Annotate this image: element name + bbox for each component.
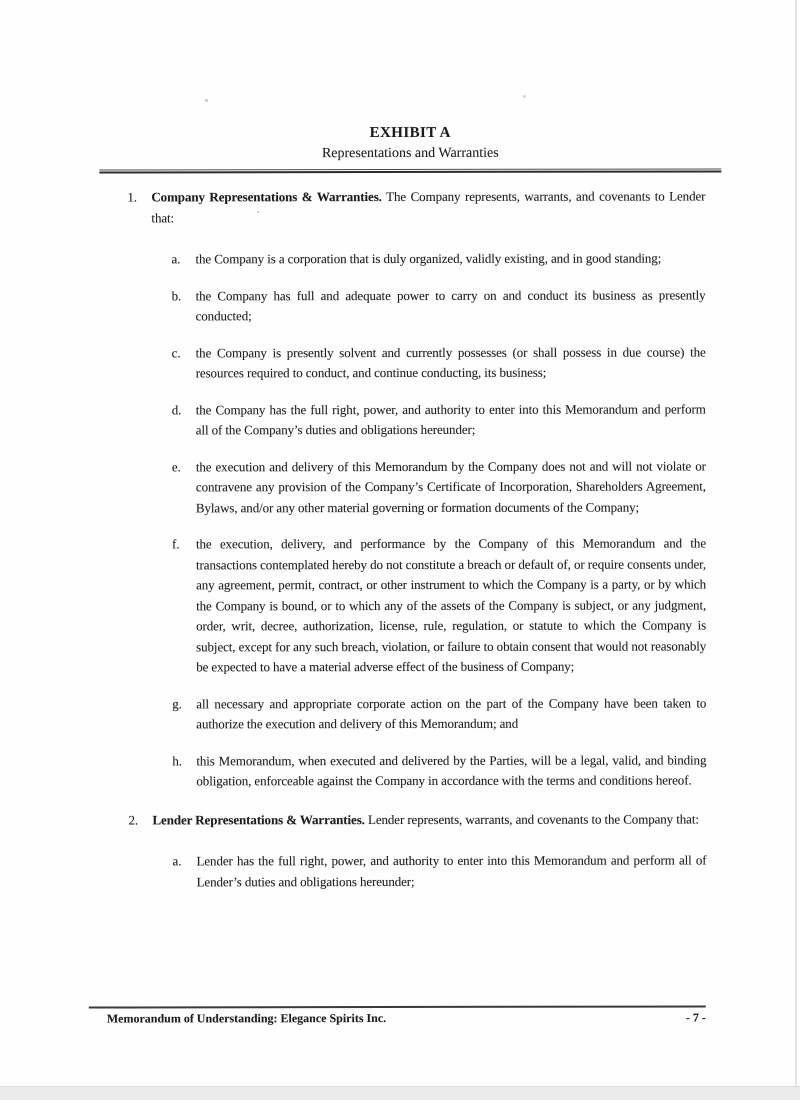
- page-number: - 7 -: [686, 1010, 706, 1025]
- item-label: g.: [172, 694, 196, 715]
- item-label: a.: [173, 851, 197, 872]
- item-text: the Company is presently solvent and cur…: [196, 342, 706, 384]
- item-label: b.: [172, 286, 196, 307]
- item-text: the Company has full and adequate power …: [196, 285, 706, 327]
- item-text: the Company has the full right, power, a…: [196, 399, 706, 441]
- section-heading: Lender Representations & Warranties.: [152, 812, 364, 827]
- item-label: c.: [172, 343, 196, 364]
- list-item: b. the Company has full and adequate pow…: [172, 285, 706, 327]
- page-content: EXHIBIT A Representations and Warranties…: [0, 0, 800, 1100]
- item-text: all necessary and appropriate corporate …: [196, 693, 706, 735]
- list-item: d. the Company has the full right, power…: [172, 399, 706, 441]
- item-label: e.: [172, 457, 196, 478]
- section-number: 1.: [127, 187, 151, 208]
- document-body: 1. Company Representations & Warranties.…: [104, 186, 706, 892]
- list-item: c. the Company is presently solvent and …: [172, 342, 706, 384]
- section-heading: Company Representations & Warranties.: [151, 189, 381, 204]
- section-company-reps: 1. Company Representations & Warranties.…: [104, 186, 706, 792]
- item-text: Lender has the full right, power, and au…: [197, 850, 707, 892]
- section-number: 2.: [128, 810, 152, 831]
- exhibit-title: EXHIBIT A: [99, 123, 721, 143]
- item-label: f.: [172, 534, 196, 555]
- list-item: h. this Memorandum, when executed and de…: [172, 750, 706, 792]
- section-lender-reps: 2. Lender Representations & Warranties. …: [105, 809, 706, 893]
- item-text: the Company is a corporation that is dul…: [195, 248, 705, 269]
- list-item: a. the Company is a corporation that is …: [171, 248, 705, 269]
- list-item: f. the execution, delivery, and performa…: [172, 533, 706, 677]
- header-rule: [99, 168, 721, 173]
- section-lead: Lender Representations & Warranties. Len…: [152, 809, 706, 830]
- section-items: a. Lender has the full right, power, and…: [173, 850, 707, 892]
- scan-page-edge-bottom: [0, 1086, 800, 1100]
- footer-rule: [89, 1005, 706, 1008]
- section-intro: Lender represents, warrants, and covenan…: [365, 811, 699, 827]
- exhibit-subtitle: Representations and Warranties: [99, 142, 721, 164]
- list-item: a. Lender has the full right, power, and…: [173, 850, 707, 892]
- page-footer: Memorandum of Understanding: Elegance Sp…: [107, 1010, 706, 1026]
- section-items: a. the Company is a corporation that is …: [171, 248, 706, 791]
- list-item: e. the execution and delivery of this Me…: [172, 456, 706, 518]
- item-label: d.: [172, 400, 196, 421]
- exhibit-header: EXHIBIT A Representations and Warranties: [99, 123, 721, 173]
- item-text: the execution and delivery of this Memor…: [196, 456, 706, 518]
- scanned-document-page: EXHIBIT A Representations and Warranties…: [0, 0, 800, 1100]
- item-text: this Memorandum, when executed and deliv…: [196, 750, 706, 792]
- scan-speck: [523, 95, 526, 98]
- item-text: the execution, delivery, and performance…: [196, 533, 706, 677]
- scan-page-edge-right: [795, 0, 797, 1100]
- footer-document-title: Memorandum of Understanding: Elegance Sp…: [107, 1011, 386, 1026]
- item-label: h.: [172, 751, 196, 772]
- scan-speck: [257, 211, 259, 213]
- item-label: a.: [171, 249, 195, 270]
- section-lead: Company Representations & Warranties. Th…: [151, 186, 705, 228]
- list-item: g. all necessary and appropriate corpora…: [172, 693, 706, 735]
- scan-speck: [205, 99, 208, 102]
